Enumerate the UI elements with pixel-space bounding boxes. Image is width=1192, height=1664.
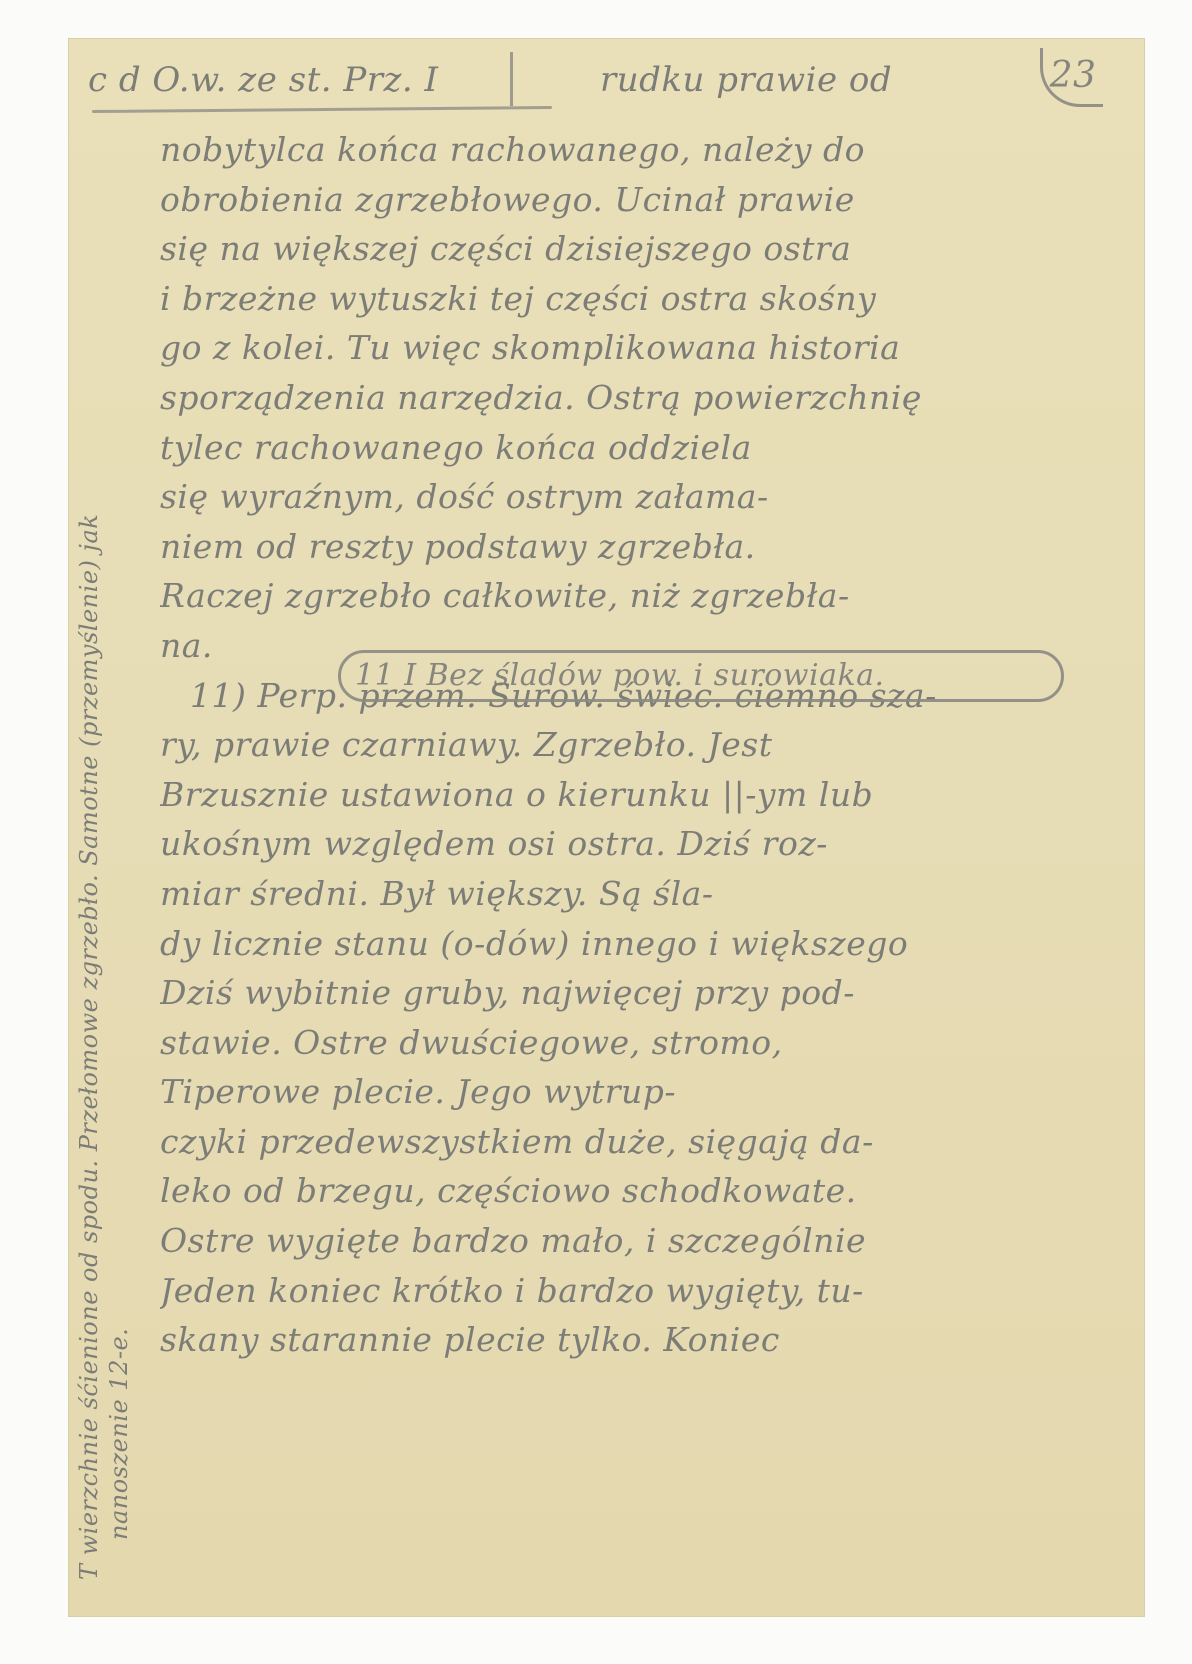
text-line: tylec rachowanego końca oddziela: [160, 423, 1120, 473]
text-line: się na większej części dzisiejszego ostr…: [160, 224, 1120, 274]
text-line: skany starannie plecie tylko. Koniec: [160, 1315, 1120, 1365]
boxed-note-text: 11 I Bez śladów pow. i surowiaka.: [341, 653, 1061, 699]
boxed-note: 11 I Bez śladów pow. i surowiaka.: [338, 650, 1064, 702]
text-line: i brzeżne wytuszki tej części ostra skoś…: [160, 274, 1120, 324]
handwritten-body: nobytylca końca rachowanego, należy do o…: [160, 125, 1120, 1365]
text-line: sporządzenia narzędzia. Ostrą powierzchn…: [160, 373, 1120, 423]
text-line: Tiperowe plecie. Jego wytrup-: [160, 1067, 1120, 1117]
text-line: nobytylca końca rachowanego, należy do: [160, 125, 1120, 175]
text-line: Ostre wygięte bardzo mało, i szczególnie: [160, 1216, 1120, 1266]
text-line: Dziś wybitnie gruby, najwięcej przy pod-: [160, 968, 1120, 1018]
text-line: Jeden koniec krótko i bardzo wygięty, tu…: [160, 1266, 1120, 1316]
text-line: obrobienia zgrzebłowego. Ucinał prawie: [160, 175, 1120, 225]
text-line: czyki przedewszystkiem duże, sięgają da-: [160, 1117, 1120, 1167]
margin-note-line-2: nanoszenie 12-e.: [104, 514, 134, 1580]
text-line: się wyraźnym, dość ostrym załama-: [160, 472, 1120, 522]
card-header-left: c d O.w. ze st. Prz. I: [88, 60, 438, 100]
text-line: miar średni. Był większy. Są śla-: [160, 869, 1120, 919]
header-divider: [510, 52, 513, 106]
text-line: ukośnym względem osi ostra. Dziś roz-: [160, 819, 1120, 869]
margin-note-line-1: T wierzchnie śćienione od spodu. Przełom…: [74, 514, 104, 1580]
text-line: dy licznie stanu (o-dów) innego i większ…: [160, 919, 1120, 969]
text-line: leko od brzegu, częściowo schodkowate.: [160, 1166, 1120, 1216]
margin-note: T wierzchnie śćienione od spodu. Przełom…: [74, 514, 134, 1580]
text-line: go z kolei. Tu więc skomplikowana histor…: [160, 323, 1120, 373]
text-line: niem od reszty podstawy zgrzebła.: [160, 522, 1120, 572]
text-line: Brzusznie ustawiona o kierunku ||-ym lub: [160, 770, 1120, 820]
text-line: Raczej zgrzebło całkowite, niż zgrzebła-: [160, 571, 1120, 621]
text-line: ry, prawie czarniawy. Zgrzebło. Jest: [160, 720, 1120, 770]
text-line: stawie. Ostre dwuściegowe, stromo,: [160, 1018, 1120, 1068]
card-header-right: rudku prawie od: [600, 60, 892, 100]
